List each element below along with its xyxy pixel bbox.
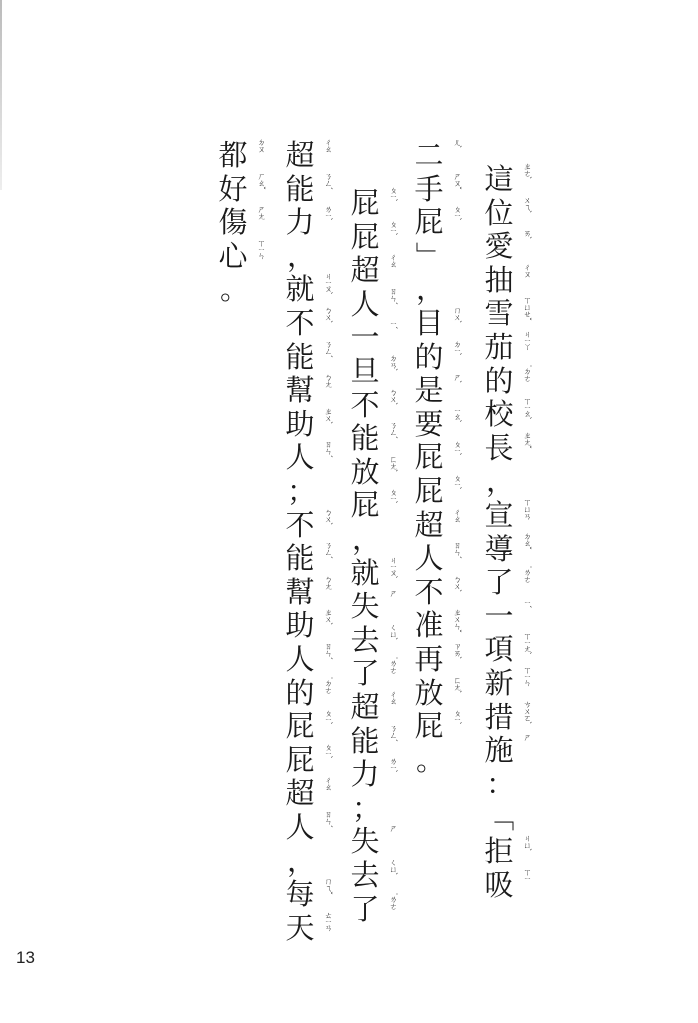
hanzi: 的 — [283, 676, 317, 710]
hanzi: 施 — [482, 733, 516, 767]
character-cell: 項ㄒㄧㄤˋ — [482, 632, 542, 666]
bopomofo-annotation: ㄘㄨㄛˋ — [516, 700, 532, 724]
character-cell: 施ㄕ — [482, 733, 542, 767]
bopomofo-annotation: ㄧˊ — [382, 320, 398, 328]
bopomofo-annotation: ㄇㄟˇ — [317, 877, 333, 894]
hanzi: 人 — [348, 287, 382, 321]
hanzi: 屁 — [348, 186, 382, 220]
hanzi: 失 — [348, 824, 382, 858]
bopomofo-annotation: ㄆㄧˋ — [382, 186, 398, 201]
hanzi: 校 — [482, 397, 516, 431]
character-cell: 愛ㄞˋ — [482, 229, 542, 263]
bopomofo-annotation: ㄔㄠ — [382, 253, 398, 267]
bopomofo-annotation: ㄓㄨㄣˇ — [446, 608, 462, 632]
hanzi: 超 — [283, 776, 317, 810]
character-cell: 天ㄊㄧㄢ — [283, 911, 343, 945]
character-cell: 屁ㄆㄧˋ — [412, 205, 472, 239]
hanzi: 。 — [216, 272, 254, 306]
hanzi: 。 — [412, 743, 450, 777]
character-cell: 屁ㄆㄧˋ — [412, 440, 472, 474]
bopomofo-annotation: ㄆㄧˋ — [446, 440, 462, 455]
bopomofo-annotation: ㄐㄧㄡˋ — [382, 556, 398, 578]
bopomofo-annotation: ㄕㄡˇ — [446, 172, 462, 189]
hanzi: 拒 — [482, 834, 516, 868]
character-cell: 是ㄕˋ — [412, 373, 472, 407]
hanzi: 項 — [482, 632, 516, 666]
character-cell: 幫ㄅㄤ — [283, 373, 343, 407]
character-cell: 傷ㄕㄤ — [216, 205, 276, 239]
character-cell: 。 — [412, 743, 472, 777]
bopomofo-annotation: ㄏㄠˇ — [250, 172, 266, 189]
character-cell: 屁ㄆㄧˋ — [283, 709, 343, 743]
hanzi: 愛 — [482, 229, 516, 263]
hanzi: 屁 — [283, 709, 317, 743]
hanzi: 放 — [348, 455, 382, 489]
character-cell: 人ㄖㄣˊ — [412, 541, 472, 575]
character-cell: 了˙ㄌㄜ — [348, 892, 408, 926]
hanzi: 新 — [482, 666, 516, 700]
character-cell: 屁ㄆㄧˋ — [348, 186, 408, 220]
character-cell: 每ㄇㄟˇ — [283, 877, 343, 911]
bopomofo-annotation: ㄒㄧㄣ — [516, 666, 532, 685]
bopomofo-annotation: ㄉㄠˇ — [516, 532, 532, 549]
bopomofo-annotation: ㄐㄩˋ — [516, 834, 532, 851]
hanzi: 吸 — [482, 868, 516, 902]
hanzi: 准 — [412, 608, 446, 642]
character-cell: 心ㄒㄧㄣ — [216, 239, 276, 273]
hanzi: 位 — [482, 196, 516, 230]
hanzi: 屁 — [412, 440, 446, 474]
character-cell: 去ㄑㄩˋ — [348, 623, 408, 657]
character-cell: 人ㄖㄣˊ — [283, 810, 343, 844]
character-cell: 超ㄔㄠ — [412, 508, 472, 542]
bopomofo-annotation: ㄔㄠ — [317, 138, 333, 152]
bopomofo-annotation: ㄖㄣˊ — [446, 541, 462, 558]
bopomofo-annotation: ㄒㄩㄝˇ — [516, 296, 532, 320]
hanzi: 就 — [348, 556, 382, 590]
hanzi: 手 — [412, 172, 446, 206]
bopomofo-annotation: ㄈㄤˋ — [382, 455, 398, 472]
character-cell: 屁ㄆㄧˋ — [348, 220, 408, 254]
hanzi: 好 — [216, 172, 250, 206]
bopomofo-annotation: ㄆㄧˋ — [317, 709, 333, 724]
bopomofo-annotation: ㄕ — [516, 733, 532, 740]
character-cell: 屁ㄆㄧˋ — [283, 743, 343, 777]
bopomofo-annotation: ㄔㄠ — [446, 508, 462, 522]
hanzi: 都 — [216, 138, 250, 172]
bopomofo-annotation: ㄒㄧ — [516, 868, 532, 880]
character-cell: 長ㄓㄤˇ — [482, 431, 542, 465]
character-cell: 。 — [216, 272, 276, 306]
hanzi: 去 — [348, 623, 382, 657]
hanzi: 人 — [283, 642, 317, 676]
hanzi: 人 — [283, 440, 317, 474]
bopomofo-annotation: ㄗㄞˋ — [446, 642, 462, 659]
character-cell: 放ㄈㄤˋ — [348, 455, 408, 489]
character-cell: 位ㄨㄟˋ — [482, 196, 542, 230]
character-cell: 能ㄋㄥˊ — [348, 421, 408, 455]
character-cell: 屁ㄆㄧˋ — [348, 488, 408, 522]
hanzi: ， — [283, 844, 321, 878]
hanzi: 的 — [412, 340, 446, 374]
hanzi: ： — [482, 767, 520, 801]
hanzi: 傷 — [216, 205, 250, 239]
character-cell: 旦ㄉㄢˋ — [348, 354, 408, 388]
hanzi: 去 — [348, 858, 382, 892]
character-cell: 茄ㄐㄧㄚ — [482, 330, 542, 364]
character-cell: 幫ㄅㄤ — [283, 575, 343, 609]
bopomofo-annotation: ㄅㄨˋ — [317, 508, 333, 525]
bopomofo-annotation: ㄋㄥˊ — [317, 340, 333, 357]
character-cell: 力ㄌㄧˋ — [348, 757, 408, 791]
character-cell: 就ㄐㄧㄡˋ — [348, 556, 408, 590]
hanzi: 人 — [412, 541, 446, 575]
bopomofo-annotation: ㄐㄧㄡˋ — [317, 272, 333, 294]
character-cell: 超ㄔㄠ — [348, 253, 408, 287]
character-cell: 一ㄧˊ — [348, 320, 408, 354]
character-cell: 失ㄕ — [348, 589, 408, 623]
character-cell: 的˙ㄉㄜ — [283, 676, 343, 710]
character-cell: 吸ㄒㄧ — [482, 868, 542, 902]
hanzi: 不 — [348, 388, 382, 422]
character-cell: 准ㄓㄨㄣˇ — [412, 608, 472, 642]
hanzi: 」 — [412, 239, 446, 273]
bopomofo-annotation: ㄅㄤ — [317, 373, 333, 387]
hanzi: 了 — [348, 892, 382, 926]
hanzi: 旦 — [348, 354, 382, 388]
bopomofo-annotation: ㄕˋ — [446, 373, 462, 383]
bopomofo-annotation: ㄇㄨˋ — [446, 306, 462, 323]
hanzi: 二 — [412, 138, 446, 172]
character-cell: 的˙ㄉㄜ — [482, 364, 542, 398]
hanzi: 屁 — [412, 709, 446, 743]
bopomofo-annotation: ㄓㄨˋ — [317, 608, 333, 625]
hanzi: 天 — [283, 911, 317, 945]
bopomofo-annotation: ㄌㄧˋ — [317, 205, 333, 220]
bopomofo-annotation: ˙ㄌㄜ — [516, 565, 532, 582]
hanzi: 不 — [283, 508, 317, 542]
bopomofo-annotation: ㄆㄧˋ — [382, 488, 398, 503]
hanzi: 人 — [283, 810, 317, 844]
hanzi: 宣 — [482, 498, 516, 532]
character-cell: 了˙ㄌㄜ — [482, 565, 542, 599]
hanzi: 能 — [348, 421, 382, 455]
character-cell: 要ㄧㄠˋ — [412, 407, 472, 441]
hanzi: 力 — [283, 205, 317, 239]
hanzi: 能 — [283, 541, 317, 575]
hanzi: 措 — [482, 700, 516, 734]
character-cell: 超ㄔㄠ — [348, 690, 408, 724]
bopomofo-annotation: ㄌㄧˋ — [382, 757, 398, 772]
character-cell: ， — [283, 844, 343, 878]
character-cell: 」 — [412, 239, 472, 273]
bopomofo-annotation: ㄖㄣˊ — [382, 287, 398, 304]
bopomofo-annotation: ㄧˊ — [516, 599, 532, 607]
character-cell: 助ㄓㄨˋ — [283, 608, 343, 642]
hanzi: 助 — [283, 407, 317, 441]
hanzi: 每 — [283, 877, 317, 911]
hanzi: 助 — [283, 608, 317, 642]
character-cell: 不ㄅㄨˋ — [283, 306, 343, 340]
character-cell: 一ㄧˊ — [482, 599, 542, 633]
hanzi: 的 — [482, 364, 516, 398]
character-cell: ： — [482, 767, 542, 801]
bopomofo-annotation: ㄖㄣˊ — [317, 642, 333, 659]
bopomofo-annotation: ㄨㄟˋ — [516, 196, 532, 213]
character-cell: 助ㄓㄨˋ — [283, 407, 343, 441]
hanzi: 幫 — [283, 373, 317, 407]
bopomofo-annotation: ㄆㄧˋ — [446, 474, 462, 489]
hanzi: 超 — [412, 508, 446, 542]
hanzi: 「 — [482, 800, 516, 834]
bopomofo-annotation: ㄊㄧㄢ — [317, 911, 333, 930]
character-cell: 超ㄔㄠ — [283, 776, 343, 810]
hanzi: 一 — [348, 320, 382, 354]
character-cell: 抽ㄔㄡ — [482, 263, 542, 297]
character-cell: 放ㄈㄤˋ — [412, 676, 472, 710]
hanzi: 不 — [283, 306, 317, 340]
character-cell: 目ㄇㄨˋ — [412, 306, 472, 340]
character-cell: 了˙ㄌㄜ — [348, 656, 408, 690]
character-cell: 失ㄕ — [348, 824, 408, 858]
bopomofo-annotation: ㄋㄥˊ — [317, 541, 333, 558]
character-cell: 這ㄓㄜˋ — [482, 162, 542, 196]
character-cell: 能ㄋㄥˊ — [348, 724, 408, 758]
character-cell: 手ㄕㄡˇ — [412, 172, 472, 206]
character-cell: 二ㄦˋ — [412, 138, 472, 172]
character-cell: 能ㄋㄥˊ — [283, 541, 343, 575]
hanzi: 力 — [348, 757, 382, 791]
character-cell: 不ㄅㄨˋ — [348, 388, 408, 422]
character-cell: ， — [412, 272, 472, 306]
hanzi: 了 — [482, 565, 516, 599]
bopomofo-annotation: ㄆㄧˋ — [317, 743, 333, 758]
character-cell: 去ㄑㄩˋ — [348, 858, 408, 892]
bopomofo-annotation: ㄔㄡ — [516, 263, 532, 277]
character-cell: 能ㄋㄥˊ — [283, 172, 343, 206]
hanzi: 屁 — [348, 488, 382, 522]
bopomofo-annotation: ㄓㄜˋ — [516, 162, 532, 179]
character-cell: 人ㄖㄣˊ — [283, 440, 343, 474]
hanzi: ； — [283, 474, 321, 508]
hanzi: 超 — [348, 253, 382, 287]
hanzi: ， — [412, 272, 450, 306]
bopomofo-annotation: ㄕㄤ — [250, 205, 266, 219]
hanzi: 目 — [412, 306, 446, 340]
character-cell: 不ㄅㄨˋ — [412, 575, 472, 609]
character-cell: ， — [348, 522, 408, 556]
hanzi: ， — [283, 239, 321, 273]
bopomofo-annotation: ㄋㄥˊ — [382, 421, 398, 438]
hanzi: 再 — [412, 642, 446, 676]
hanzi: ； — [348, 791, 386, 825]
bopomofo-annotation: ㄋㄥˊ — [382, 724, 398, 741]
hanzi: 失 — [348, 589, 382, 623]
character-cell: 好ㄏㄠˇ — [216, 172, 276, 206]
hanzi: 要 — [412, 407, 446, 441]
character-cell: 屁ㄆㄧˋ — [412, 474, 472, 508]
bopomofo-annotation: ㄑㄩˋ — [382, 858, 398, 875]
page-number: 13 — [16, 948, 35, 968]
hanzi: 這 — [482, 162, 516, 196]
bopomofo-annotation: ㄖㄣˊ — [317, 810, 333, 827]
bopomofo-annotation: ㄖㄣˊ — [317, 440, 333, 457]
character-cell: 拒ㄐㄩˋ — [482, 834, 542, 868]
bopomofo-annotation: ㄅㄨˋ — [317, 306, 333, 323]
character-cell: 能ㄋㄥˊ — [283, 340, 343, 374]
hanzi: 能 — [283, 172, 317, 206]
character-cell: 措ㄘㄨㄛˋ — [482, 700, 542, 734]
bopomofo-annotation: ㄈㄤˋ — [446, 676, 462, 693]
hanzi: 超 — [283, 138, 317, 172]
bopomofo-annotation: ㄓㄤˇ — [516, 431, 532, 448]
character-cell: ， — [283, 239, 343, 273]
bopomofo-annotation: ㄋㄥˊ — [317, 172, 333, 189]
page-edge-shadow — [0, 0, 2, 190]
hanzi: 就 — [283, 272, 317, 306]
bopomofo-annotation: ㄑㄩˋ — [382, 623, 398, 640]
character-cell: ； — [348, 791, 408, 825]
hanzi: 了 — [348, 656, 382, 690]
bopomofo-annotation: ㄉㄡ — [250, 138, 266, 152]
character-cell: 宣ㄒㄩㄢ — [482, 498, 542, 532]
bopomofo-annotation: ˙ㄌㄜ — [382, 656, 398, 673]
character-cell: ； — [283, 474, 343, 508]
bopomofo-annotation: ㄕ — [382, 824, 398, 831]
hanzi: 能 — [348, 724, 382, 758]
bopomofo-annotation: ㄦˋ — [446, 138, 462, 148]
bopomofo-annotation: ㄓㄨˋ — [317, 407, 333, 424]
hanzi: 心 — [216, 239, 250, 273]
hanzi: 抽 — [482, 263, 516, 297]
bopomofo-annotation: ㄔㄠ — [382, 690, 398, 704]
bopomofo-annotation: ˙ㄉㄜ — [516, 364, 532, 381]
bopomofo-annotation: ㄉㄢˋ — [382, 354, 398, 371]
hanzi: 是 — [412, 373, 446, 407]
character-cell: ， — [482, 464, 542, 498]
character-cell: 力ㄌㄧˋ — [283, 205, 343, 239]
character-cell: 校ㄒㄧㄠˋ — [482, 397, 542, 431]
hanzi: ， — [482, 464, 520, 498]
bopomofo-annotation: ˙ㄌㄜ — [382, 892, 398, 909]
character-cell: 「 — [482, 800, 542, 834]
hanzi: 導 — [482, 532, 516, 566]
hanzi: 放 — [412, 676, 446, 710]
hanzi: 幫 — [283, 575, 317, 609]
bopomofo-annotation: ㄉㄧˋ — [446, 340, 462, 355]
hanzi: 茄 — [482, 330, 516, 364]
character-cell: 人ㄖㄣˊ — [283, 642, 343, 676]
bopomofo-annotation: ㄔㄠ — [317, 776, 333, 790]
character-cell: 不ㄅㄨˋ — [283, 508, 343, 542]
bopomofo-annotation: ㄒㄩㄢ — [516, 498, 532, 519]
bopomofo-annotation: ㄒㄧㄤˋ — [516, 632, 532, 654]
bopomofo-annotation: ㄅㄨˋ — [446, 575, 462, 592]
bopomofo-annotation: ㄆㄧˋ — [446, 709, 462, 724]
bopomofo-annotation: ㄒㄧㄣ — [250, 239, 266, 258]
hanzi: 屁 — [412, 205, 446, 239]
hanzi: 能 — [283, 340, 317, 374]
bopomofo-annotation: ㄕ — [382, 589, 398, 596]
character-cell: 屁ㄆㄧˋ — [412, 709, 472, 743]
bopomofo-annotation: ㄧㄠˋ — [446, 407, 462, 422]
character-cell: 的ㄉㄧˋ — [412, 340, 472, 374]
hanzi: 屁 — [348, 220, 382, 254]
hanzi: 超 — [348, 690, 382, 724]
hanzi: 一 — [482, 599, 516, 633]
bopomofo-annotation: ˙ㄉㄜ — [317, 676, 333, 693]
character-cell: 新ㄒㄧㄣ — [482, 666, 542, 700]
bopomofo-annotation: ㄞˋ — [516, 229, 532, 239]
bopomofo-annotation: ㄐㄧㄚ — [516, 330, 532, 349]
character-cell: 再ㄗㄞˋ — [412, 642, 472, 676]
bopomofo-annotation: ㄅㄨˋ — [382, 388, 398, 405]
character-cell: 人ㄖㄣˊ — [348, 287, 408, 321]
hanzi: 雪 — [482, 296, 516, 330]
hanzi: 屁 — [412, 474, 446, 508]
character-cell: 都ㄉㄡ — [216, 138, 276, 172]
bopomofo-annotation: ㄆㄧˋ — [446, 205, 462, 220]
character-cell: 就ㄐㄧㄡˋ — [283, 272, 343, 306]
character-cell: 導ㄉㄠˇ — [482, 532, 542, 566]
hanzi: ， — [348, 522, 386, 556]
hanzi: 屁 — [283, 743, 317, 777]
bopomofo-annotation: ㄆㄧˋ — [382, 220, 398, 235]
hanzi: 長 — [482, 431, 516, 465]
bopomofo-annotation: ㄅㄤ — [317, 575, 333, 589]
bopomofo-annotation: ㄒㄧㄠˋ — [516, 397, 532, 419]
character-cell: 超ㄔㄠ — [283, 138, 343, 172]
hanzi: 不 — [412, 575, 446, 609]
character-cell: 雪ㄒㄩㄝˇ — [482, 296, 542, 330]
